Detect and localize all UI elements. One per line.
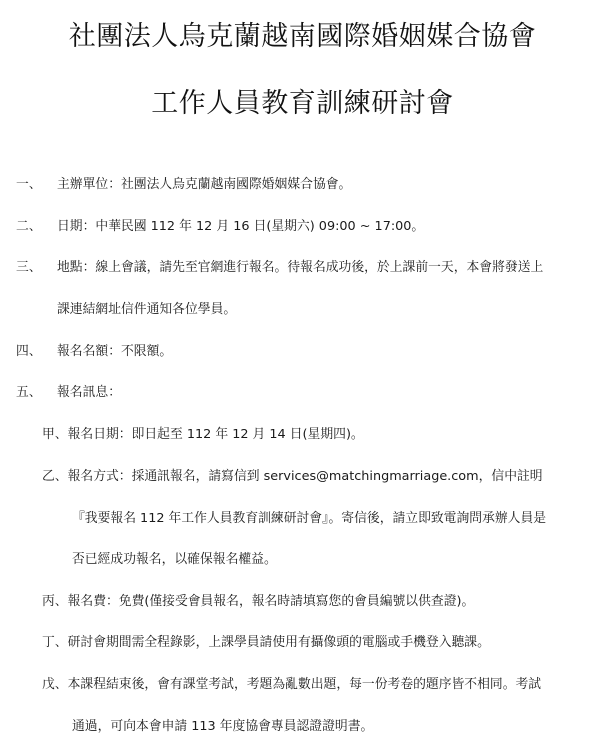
sub-item-text-continuation: 『我要報名 112 年工作人員教育訓練研討會』。寄信後，請立即致電詢問承辦人員是 xyxy=(72,511,546,527)
sub-item-text-continuation: 通過，可向本會申請 113 年度協會專員認證證明書。 xyxy=(72,719,373,735)
email-address: services@matchingmarriage.com xyxy=(264,469,479,484)
list-marker: 二、 xyxy=(16,219,42,235)
document-title-organization: 社團法人烏克蘭越南國際婚姻媒合協會 xyxy=(0,14,605,53)
sub-item-text-after-email: ，信中註明 xyxy=(479,469,543,484)
sub-item-text: 戊、本課程結束後，會有課堂考試，考題為亂數出題，每一份考卷的題序皆不相同。考試 xyxy=(42,677,541,693)
sub-item-text: 乙、報名方式：採通訊報名，請寫信到 services@matchingmarri… xyxy=(42,469,543,485)
document-title-event: 工作人員教育訓練研討會 xyxy=(0,81,605,120)
sub-item-text-continuation: 否已經成功報名，以確保報名權益。 xyxy=(72,552,277,568)
list-marker: 一、 xyxy=(16,177,42,193)
sub-item-text: 甲、報名日期：即日起至 112 年 12 月 14 日(星期四)。 xyxy=(42,427,364,443)
list-item-text: 日期：中華民國 112 年 12 月 16 日(星期六) 09:00 ~ 17:… xyxy=(57,219,424,235)
sub-item-text: 丙、報名費：免費(僅接受會員報名，報名時請填寫您的會員編號以供查證)。 xyxy=(42,594,474,610)
sub-item-text: 丁、研討會期間需全程錄影，上課學員請使用有攝像頭的電腦或手機登入聽課。 xyxy=(42,635,490,651)
list-item-text: 報名訊息： xyxy=(57,385,121,401)
list-item-text: 主辦單位：社團法人烏克蘭越南國際婚姻媒合協會。 xyxy=(57,177,351,193)
list-item-text: 地點：線上會議，請先至官網進行報名。待報名成功後，於上課前一天，本會將發送上 xyxy=(57,260,543,276)
list-item-text-continuation: 課連結網址信件通知各位學員。 xyxy=(57,302,236,318)
sub-item-text-before-email: 乙、報名方式：採通訊報名，請寫信到 xyxy=(42,469,264,484)
list-item-text: 報名名額：不限額。 xyxy=(57,344,172,360)
list-marker: 五、 xyxy=(16,385,42,401)
list-marker: 三、 xyxy=(16,260,42,276)
list-marker: 四、 xyxy=(16,344,42,360)
